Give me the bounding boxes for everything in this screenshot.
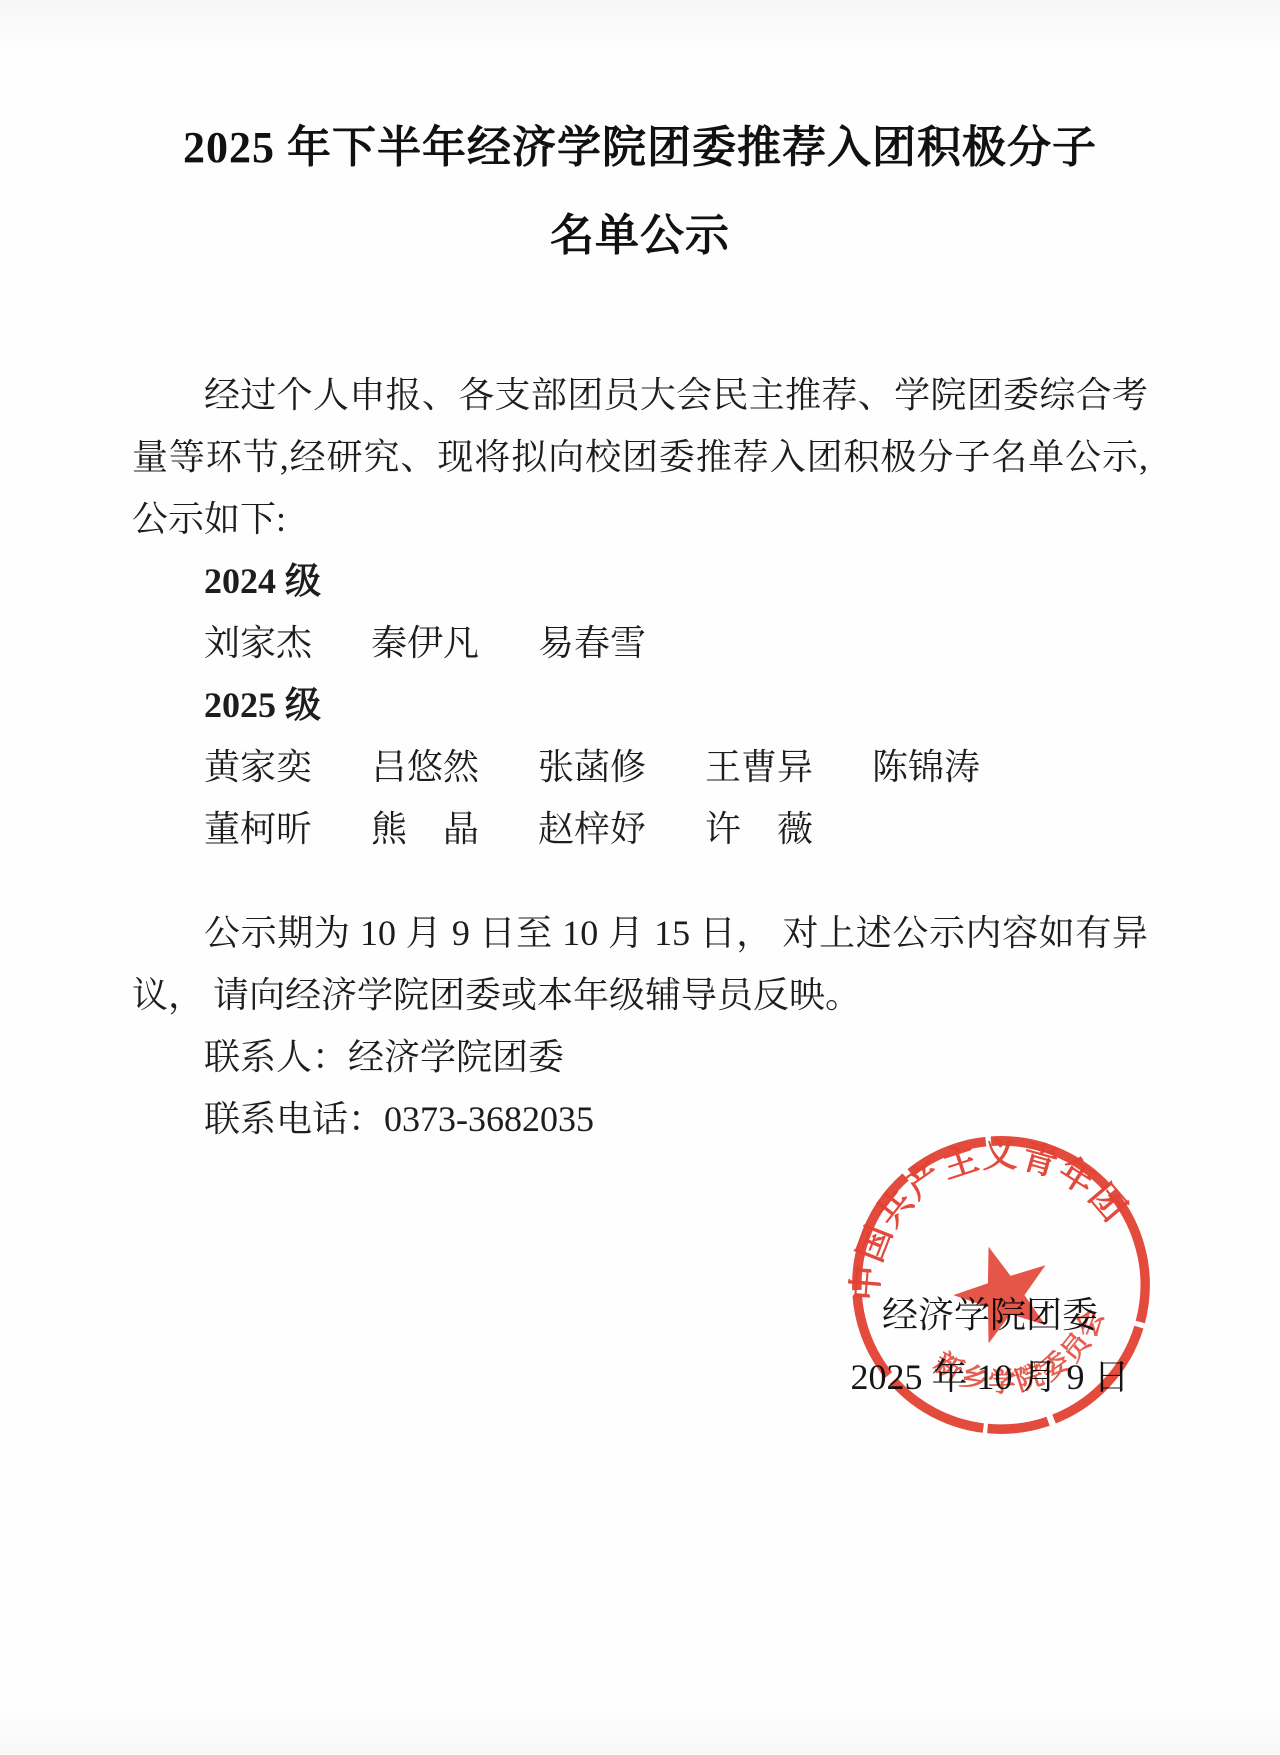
signature-line: 经济学院团委 [790, 1284, 1190, 1346]
document-content: 2025 年下半年经济学院团委推荐入团积极分子 名单公示 经过个人申报、各支部团… [0, 0, 1280, 1150]
grade-2025-name-row-1: 黄家奕 吕悠然 张菡修 王曹异 陈锦涛 [132, 736, 1148, 798]
student-name: 刘家杰 [204, 612, 314, 674]
student-name: 易春雪 [538, 612, 648, 674]
grade-2024-name-row: 刘家杰 秦伊凡 易春雪 [132, 612, 1148, 674]
document-title-line1: 2025 年下半年经济学院团委推荐入团积极分子 [183, 123, 1097, 172]
student-name: 吕悠然 [371, 736, 481, 798]
student-name: 许 薇 [705, 798, 815, 860]
contact-person-line: 联系人：经济学院团委 [132, 1026, 1148, 1088]
student-name: 熊 晶 [371, 798, 481, 860]
student-name: 董柯昕 [204, 798, 314, 860]
student-name: 张菡修 [538, 736, 648, 798]
document-page: 2025 年下半年经济学院团委推荐入团积极分子 名单公示 经过个人申报、各支部团… [0, 0, 1280, 1755]
document-title-line2: 名单公示 [550, 211, 730, 260]
document-title: 2025 年下半年经济学院团委推荐入团积极分子 名单公示 [132, 104, 1148, 280]
notice-paragraph: 公示期为 10 月 9 日至 10 月 15 日， 对上述公示内容如有异议， 请… [132, 902, 1148, 1026]
student-name: 黄家奕 [204, 736, 314, 798]
intro-paragraph: 经过个人申报、各支部团员大会民主推荐、学院团委综合考量等环节,经研究、现将拟向校… [132, 364, 1148, 550]
grade-2025-label: 2025 级 [132, 674, 1148, 736]
grade-2025-name-row-2: 董柯昕 熊 晶 赵梓妤 许 薇 [132, 798, 1148, 860]
date-line: 2025 年 10 月 9 日 [790, 1346, 1190, 1408]
student-name: 王曹异 [705, 736, 815, 798]
grade-2024-label: 2024 级 [132, 550, 1148, 612]
student-name: 陈锦涛 [872, 736, 982, 798]
contact-phone-line: 联系电话：0373-3682035 [132, 1088, 1148, 1150]
student-name: 秦伊凡 [371, 612, 481, 674]
student-name: 赵梓妤 [538, 798, 648, 860]
signature-block: 经济学院团委 2025 年 10 月 9 日 [790, 1284, 1190, 1408]
